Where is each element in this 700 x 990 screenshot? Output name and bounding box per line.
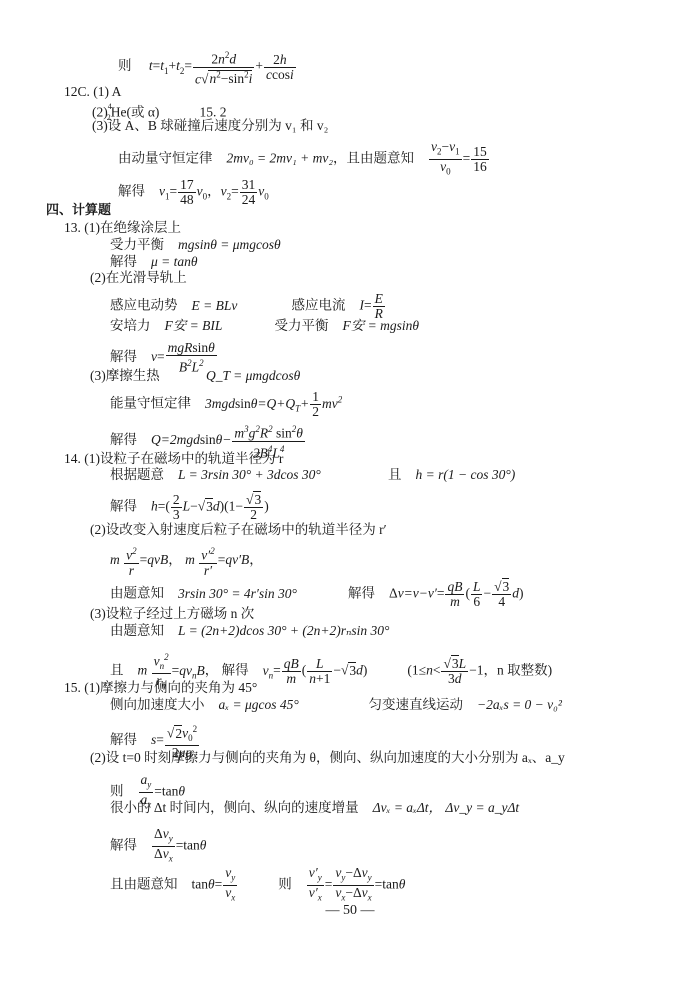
q14-lorentz: m v2r=qvB， m v′2r′=qv′B， <box>110 544 263 578</box>
condition-tail: −1，n 取整数) <box>469 663 552 678</box>
q15-tan: 解得ΔvyΔvx=tanθ <box>110 827 206 865</box>
label: 且 <box>110 663 124 678</box>
label: ，且由题意知 <box>333 150 414 165</box>
q12c-part3: (3)设 A、B 球碰撞后速度分别为 v₁ 和 v₂ <box>92 118 328 134</box>
equation: E = BLv <box>192 298 292 314</box>
q13-part2: (2)在光滑导轨上 <box>90 270 187 286</box>
q13-part1: 13. (1)在绝缘涂层上 <box>64 220 181 236</box>
page-number: — 50 — <box>0 903 700 919</box>
section-header: 四、计算题 <box>46 203 111 219</box>
label: 由题意知 <box>110 586 164 601</box>
label: 匀变速直线运动 <box>369 697 464 712</box>
q12c-solution: 解得v1=1748v0，v2=3124v0 <box>118 178 269 207</box>
q14-delta-v: 由题意知3rsin 30° = 4r′sin 30°解得Δv=v−v′=qBm(… <box>110 580 524 609</box>
label-ze: 则 <box>118 58 132 73</box>
q14-part1: 14. (1)设粒子在磁场中的轨道半径为 r <box>64 451 283 467</box>
q13-energy: 能量守恒定律3mgdsinθ=Q+QT+12mv2 <box>110 390 342 419</box>
q12c-part1: 12C. (1) A <box>64 84 121 100</box>
q15-accel: 侧向加速度大小aₓ = μgcos 45°匀变速直线运动−2aₓs = 0 − … <box>110 697 562 713</box>
equation: −2aₓs = 0 − v₀² <box>477 697 562 712</box>
label: 由动量守恒定律 <box>118 150 213 165</box>
label: 受力平衡 <box>275 318 329 333</box>
equation: μ = tanθ <box>151 254 198 269</box>
label: 解得 <box>110 349 137 364</box>
label: 侧向加速度大小 <box>110 697 205 712</box>
label: 由题意知 <box>110 623 164 638</box>
q14-part3: (3)设粒子经过上方磁场 n 次 <box>90 606 254 622</box>
label: 受力平衡 <box>110 237 164 252</box>
label: 解得 <box>222 663 249 678</box>
label: 则 <box>110 783 124 798</box>
equation: aₓ = μgcos 45° <box>219 697 369 713</box>
q15-increment: 很小的 Δt 时间内，侧向、纵向的速度增量Δvₓ = aₓΔt， Δv_y = … <box>110 800 519 816</box>
label: 解得 <box>110 254 137 269</box>
equation: mgsinθ = μmgcosθ <box>178 237 281 252</box>
label: 解得 <box>110 837 137 852</box>
q13-ampere: 安培力F安 = BIL受力平衡F安 = mgsinθ <box>110 318 419 334</box>
label: 解得 <box>110 732 137 747</box>
q15-final: 且由题意知tanθ=vyvx则v′yv′x=vy−Δvyvx−Δvx=tanθ <box>110 866 405 904</box>
q12c-momentum: 由动量守恒定律2mv₀ = 2mv₁ + mv₂，且由题意知v2−v1v0=15… <box>118 140 490 178</box>
q15-part2: (2)设 t=0 时刻摩擦力与侧向的夹角为 θ，侧向、纵向加速度的大小分别为 a… <box>90 750 565 766</box>
label: 感应电动势 <box>110 298 178 313</box>
q13-emf: 感应电动势E = BLv感应电流I=ER <box>110 292 386 321</box>
label: 解得 <box>348 586 375 601</box>
equation: 2mv₀ = 2mv₁ + mv₂ <box>227 150 334 165</box>
label: 能量守恒定律 <box>110 396 191 411</box>
label: (3)摩擦生热 <box>90 368 206 384</box>
label: 感应电流 <box>292 298 346 313</box>
equation: Δvₓ = aₓΔt， Δv_y = a_yΔt <box>373 800 519 815</box>
q13-force-balance: 受力平衡mgsinθ = μmgcosθ <box>110 237 281 253</box>
equation: F安 = mgsinθ <box>343 318 420 333</box>
q14-geometry: 根据题意L = 3rsin 30° + 3dcos 30°且h = r(1 − … <box>110 467 515 483</box>
q13-mu: 解得μ = tanθ <box>110 254 198 270</box>
label: 根据题意 <box>110 467 164 482</box>
equation: L = 3rsin 30° + 3dcos 30° <box>178 467 388 483</box>
label: 安培力 <box>110 318 151 333</box>
q14-part2: (2)设改变入射速度后粒子在磁场中的轨道半径为 r′ <box>90 522 387 538</box>
label: 且 <box>388 467 402 482</box>
label: 则 <box>278 876 292 891</box>
equation: L = (2n+2)dcos 30° + (2n+2)rₙsin 30° <box>178 623 389 638</box>
label: 解得 <box>118 184 145 199</box>
q15-part1: 15. (1)摩擦力与侧向的夹角为 45° <box>64 680 257 696</box>
q14-length: 由题意知L = (2n+2)dcos 30° + (2n+2)rₙsin 30° <box>110 623 389 639</box>
label: 很小的 Δt 时间内，侧向、纵向的速度增量 <box>110 800 359 815</box>
equation: 3rsin 30° = 4r′sin 30° <box>178 586 348 602</box>
eq-total-time: 则 t=t1+t2=2n2dc√n2−sin2i+2hccosi <box>118 48 297 86</box>
label: 解得 <box>110 499 137 514</box>
equation: F安 = BIL <box>165 318 275 334</box>
q14-height: 解得h=(23L−√3d)(1−√32) <box>110 493 269 522</box>
q13-part3: (3)摩擦生热Q_T = μmgdcosθ <box>90 368 300 384</box>
label: 且由题意知 <box>110 876 178 891</box>
equation: h = r(1 − cos 30°) <box>416 467 516 482</box>
equation: Q_T = μmgdcosθ <box>206 368 300 383</box>
label: 解得 <box>110 432 137 447</box>
